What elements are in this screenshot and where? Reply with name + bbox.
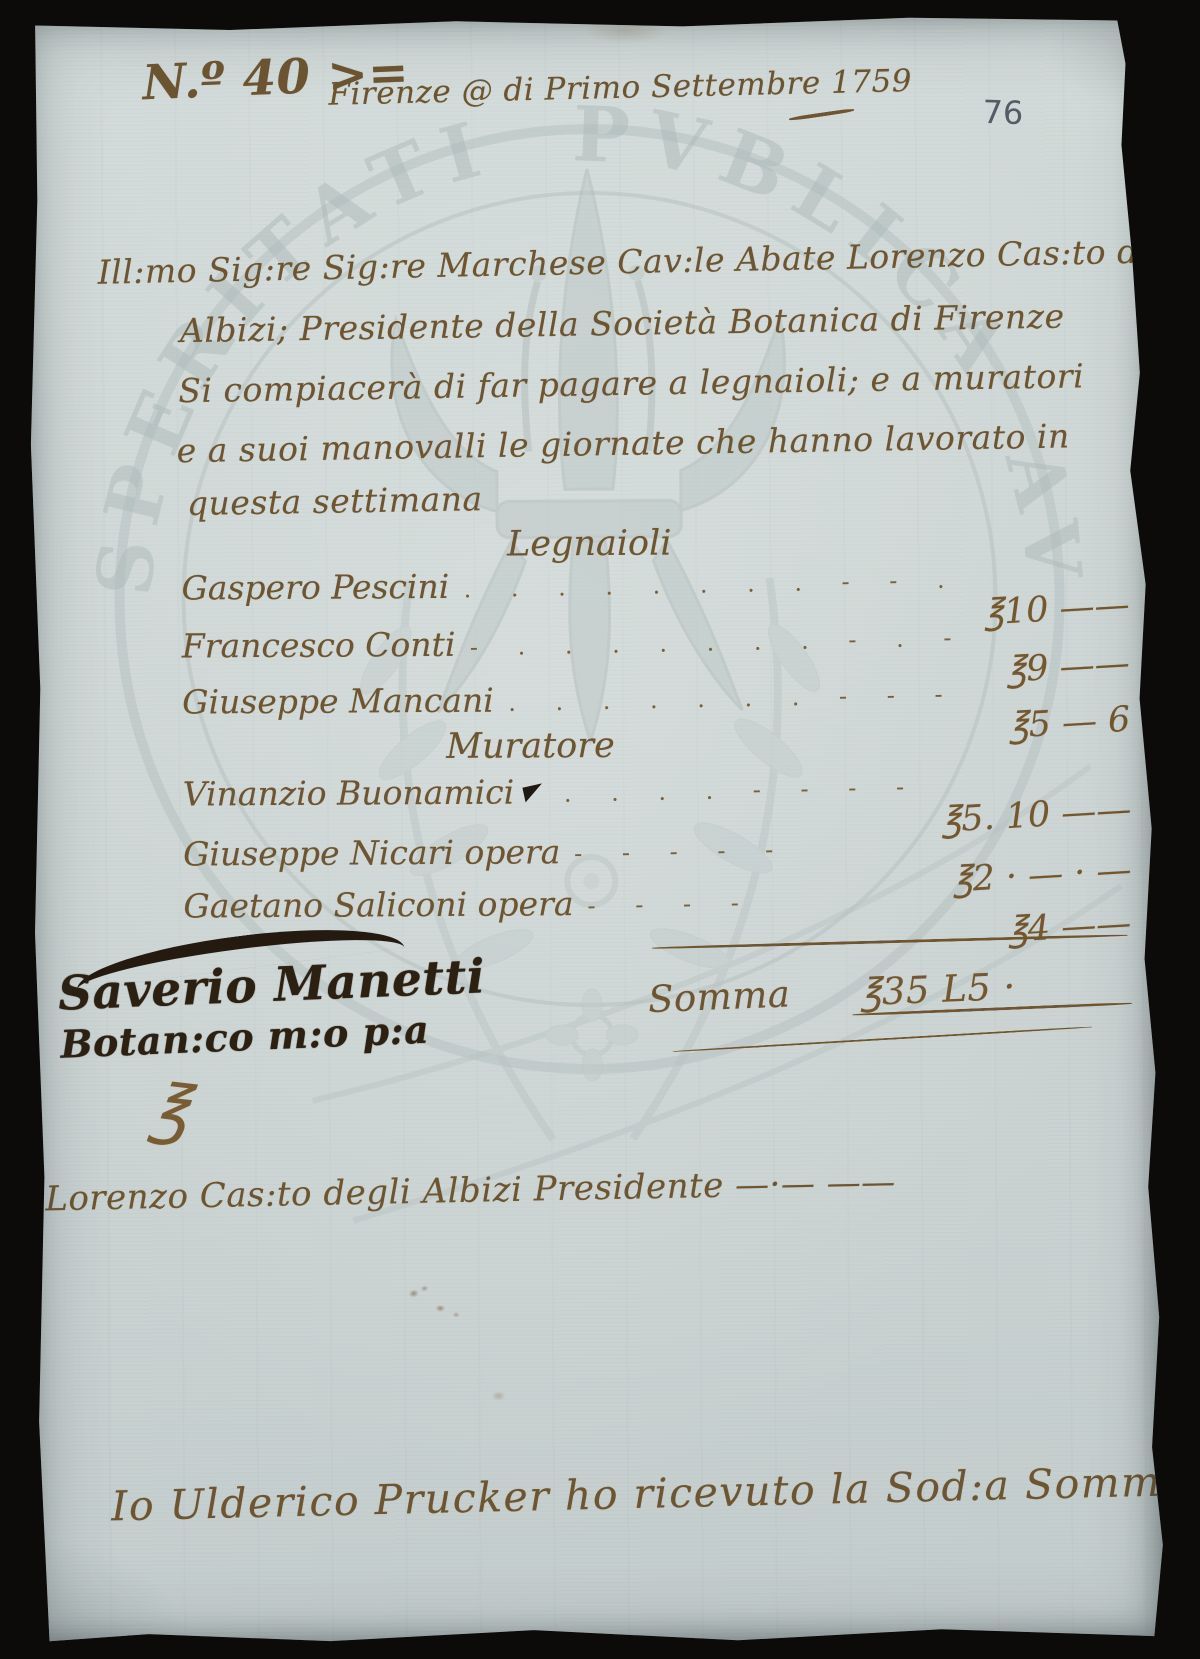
worker-name: Vinanzio Buonamici (183, 773, 515, 814)
dot-leader: - - - - (573, 883, 1008, 920)
ledger-row: Gaetano Saliconi opera - - - - ℥4 —— (183, 881, 1131, 927)
amount: ℥4 —— (1007, 904, 1133, 951)
ink-smudge (405, 1284, 433, 1301)
ink-blot (523, 783, 546, 802)
ledger-row: Francesco Conti - . . . . . . . - . - ℥9… (182, 621, 1130, 667)
amount: ℥5 — 6 (1007, 700, 1131, 747)
dot-leader: - . . . . . . . - . - (455, 623, 1006, 662)
total-flourish (673, 1026, 1092, 1053)
receipt-line: Io Ulderico Prucker ho ricevuto la Sod:a… (111, 1457, 1188, 1530)
section-heading-legnaioli: Legnaioli (329, 522, 849, 565)
stray-ink-mark: ℥ (146, 1069, 193, 1150)
salutation-line: Ill:mo Sig:re Sig:re Marchese Cav:le Aba… (97, 231, 1200, 292)
worker-name: Giuseppe Nicari opera (183, 832, 561, 873)
ledger-row: Giuseppe Nicari opera - - - - - ℥2 · — ·… (183, 829, 1131, 875)
date-underline-flourish (789, 108, 855, 122)
ledger-row: Giuseppe Mancani . . . . . . . - - - ℥5 … (182, 677, 1130, 723)
dot-leader: . . . . . . . . - - . . (449, 565, 984, 604)
body-line: Si compiacerà di far pagare a legnaioli;… (178, 356, 1084, 410)
ledger-row: Vinanzio Buonamici . . . . - - - - ℥5. 1… (183, 769, 1131, 815)
dot-leader: . . . . . . . - - - (494, 679, 1009, 717)
worker-name: Giuseppe Mancani (182, 681, 494, 722)
total-label: Somma (647, 972, 791, 1021)
president-signature: Lorenzo Cas:to degli Albizi Presidente —… (45, 1162, 896, 1219)
body-line: Albizi; Presidente della Società Botanic… (180, 297, 1065, 351)
manuscript-page: SPERITATI PVBLICA AVG (26, 15, 1168, 1650)
section-heading-muratore: Muratore (270, 725, 790, 768)
archival-scan: { "folio_number": "76", "header": { "doc… (0, 0, 1200, 1659)
worker-name: Francesco Conti (182, 625, 456, 666)
folio-number: 76 (982, 93, 1024, 132)
worker-name: Gaspero Pescini (181, 567, 449, 608)
body-line: e a suoi manovalli le giornate che hanno… (176, 416, 1070, 470)
place-date-line: Firenze @ di Primo Settembre 1759 (328, 63, 912, 113)
worker-name: Gaetano Saliconi opera (183, 884, 573, 925)
body-line: questa settimana (187, 479, 483, 523)
dot-leader: - - - - - (560, 832, 952, 868)
ledger-row: Gaspero Pescini . . . . . . . . - - . . … (181, 563, 1129, 609)
dot-leader: . . . . - - - - (550, 772, 941, 808)
